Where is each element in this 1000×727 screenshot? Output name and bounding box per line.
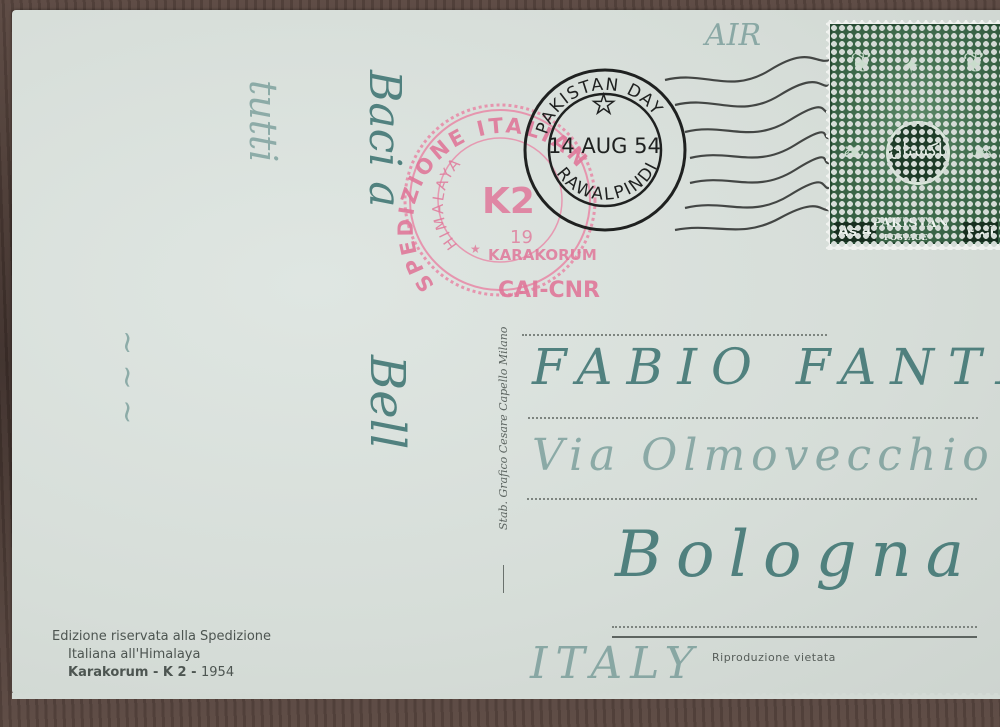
caption-year: 1954 [201,665,234,680]
printer-credit: Stab. Grafico Cesare Capello Milano [497,327,510,530]
stamp-medallion: پاکستان [886,121,950,185]
postage-stamp: ❦ ❦ ✦ ❧ ☙ پاکستان As 4 PAKISTAN POSTAGE … [826,20,1000,250]
star-ornament-icon: ✦ [902,54,920,79]
leaf-ornament-icon: ❧ [842,136,865,169]
postmark: PAKISTAN DAY RAWALPINDI ★ 14 AUG 54 [520,65,690,235]
reproduction-notice: Riproduzione vietata [712,651,836,664]
handwritten-country: ITALY [530,638,702,689]
address-line-4 [612,626,977,628]
postmark-bottom-text: RAWALPINDI [552,158,663,205]
handwritten-signature: Bell [359,355,415,449]
caption-location: Karakorum - K 2 - [68,665,196,680]
cachet-outer-bottom: CAI-CNR [498,278,600,303]
address-line-1 [522,334,827,336]
cachet-star-icon: ★ [470,242,481,256]
handwritten-faint-stroke: ~ ~ ~ [110,330,145,424]
handwritten-air-note: AIR [705,18,761,53]
cachet-inner-bottom: KARAKORUM [488,246,597,264]
leaf-ornament-icon: ☙ [969,136,994,169]
handwritten-message-line2: tutti [241,80,285,162]
stamp-value: As 4 [834,222,876,242]
caption-line-3: Karakorum - K 2 - 1954 [52,664,271,682]
handwritten-addressee: FABIO FANTINI [532,338,1000,396]
address-line-2 [528,417,978,419]
divider-tick [503,565,504,593]
stamp-urdu-value: ۴ آنہ [963,222,998,242]
star-icon: ★ [592,90,615,120]
stamp-design: ❦ ❦ ✦ ❧ ☙ پاکستان As 4 PAKISTAN POSTAGE … [830,24,1000,244]
svg-text:RAWALPINDI: RAWALPINDI [552,158,663,205]
stamp-postage-label: POSTAGE [884,232,927,242]
stamp-country: PAKISTAN [872,216,949,231]
leaf-ornament-icon: ❦ [963,46,986,79]
handwritten-street: Via Olmovecchio 1 [532,430,1000,481]
handwritten-city: Bologna [615,518,978,592]
caption-line-1: Edizione riservata alla Spedizione [52,628,271,646]
caption-line-2: Italiana all'Himalaya [52,646,271,664]
leaf-ornament-icon: ❦ [850,46,873,79]
address-line-3 [527,498,977,500]
postmark-date: 14 AUG 54 [548,134,661,158]
printed-caption: Edizione riservata alla Spedizione Itali… [52,628,271,682]
